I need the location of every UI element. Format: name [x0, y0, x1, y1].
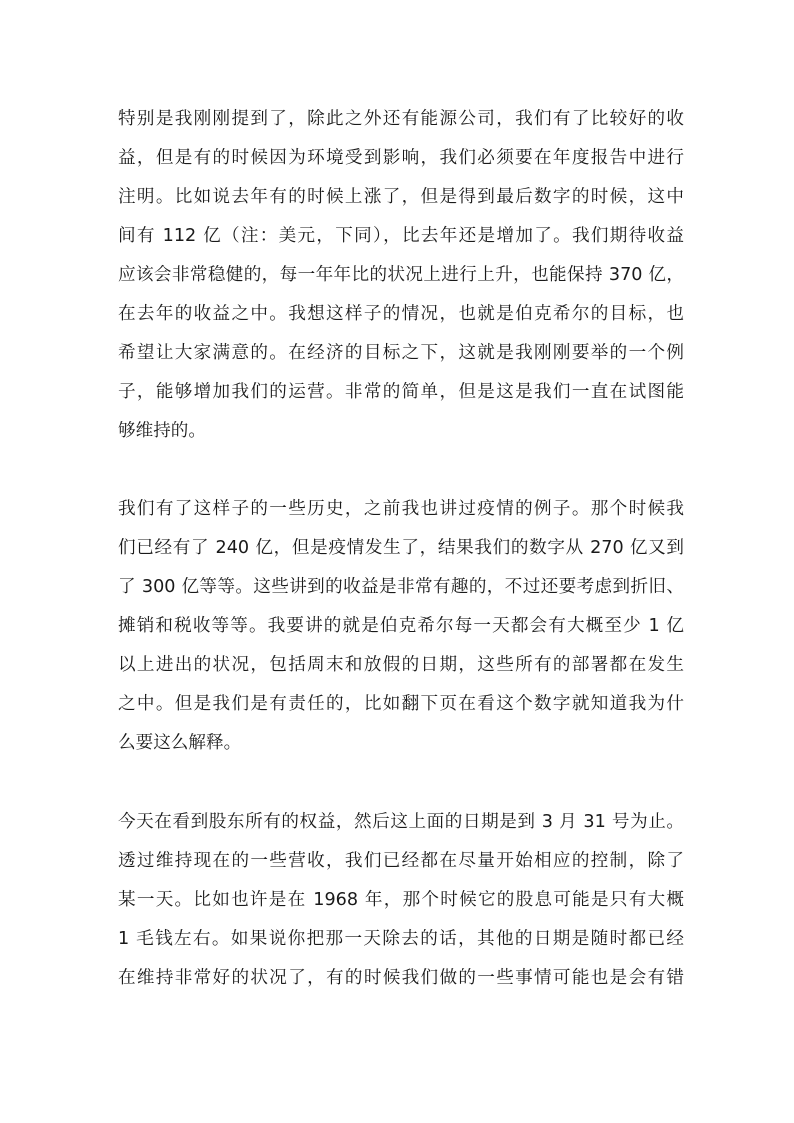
text-line: 之中。但是我们是有责任的，比如翻下页在看这个数字就知道我为什 [118, 685, 684, 724]
text-line: 了 300 亿等等。这些讲到的收益是非常有趣的，不过还要考虑到折旧、 [118, 568, 684, 607]
text-line: 1 毛钱左右。如果说你把那一天除去的话，其他的日期是随时都已经 [118, 920, 684, 959]
text-line: 以上进出的状况，包括周末和放假的日期，这些所有的部署都在发生 [118, 646, 684, 685]
text-line: 我们有了这样子的一些历史，之前我也讲过疫情的例子。那个时候我 [118, 490, 684, 529]
text-line: 特别是我刚刚提到了，除此之外还有能源公司，我们有了比较好的收 [118, 100, 684, 139]
text-line: 摊销和税收等等。我要讲的就是伯克希尔每一天都会有大概至少 1 亿 [118, 607, 684, 646]
text-line: 们已经有了 240 亿，但是疫情发生了，结果我们的数字从 270 亿又到 [118, 529, 684, 568]
text-line: 够维持的。 [118, 412, 684, 451]
text-line: 在去年的收益之中。我想这样子的情况，也就是伯克希尔的目标，也 [118, 295, 684, 334]
text-line: 么要这么解释。 [118, 724, 684, 763]
text-line: 某一天。比如也许是在 1968 年，那个时候它的股息可能是只有大概 [118, 881, 684, 920]
text-line: 希望让大家满意的。在经济的目标之下，这就是我刚刚要举的一个例 [118, 334, 684, 373]
text-line: 间有 112 亿（注：美元，下同），比去年还是增加了。我们期待收益 [118, 217, 684, 256]
text-line: 应该会非常稳健的，每一年年比的状况上进行上升，也能保持 370 亿， [118, 256, 684, 295]
text-line: 透过维持现在的一些营收，我们已经都在尽量开始相应的控制，除了 [118, 842, 684, 881]
text-line: 子，能够增加我们的运营。非常的简单，但是这是我们一直在试图能 [118, 373, 684, 412]
text-line: 今天在看到股东所有的权益，然后这上面的日期是到 3 月 31 号为止。 [118, 803, 684, 842]
text-line: 在维持非常好的状况了，有的时候我们做的一些事情可能也是会有错 [118, 959, 684, 998]
text-line: 益，但是有的时候因为环境受到影响，我们必须要在年度报告中进行 [118, 139, 684, 178]
text-line: 注明。比如说去年有的时候上涨了，但是得到最后数字的时候，这中 [118, 178, 684, 217]
